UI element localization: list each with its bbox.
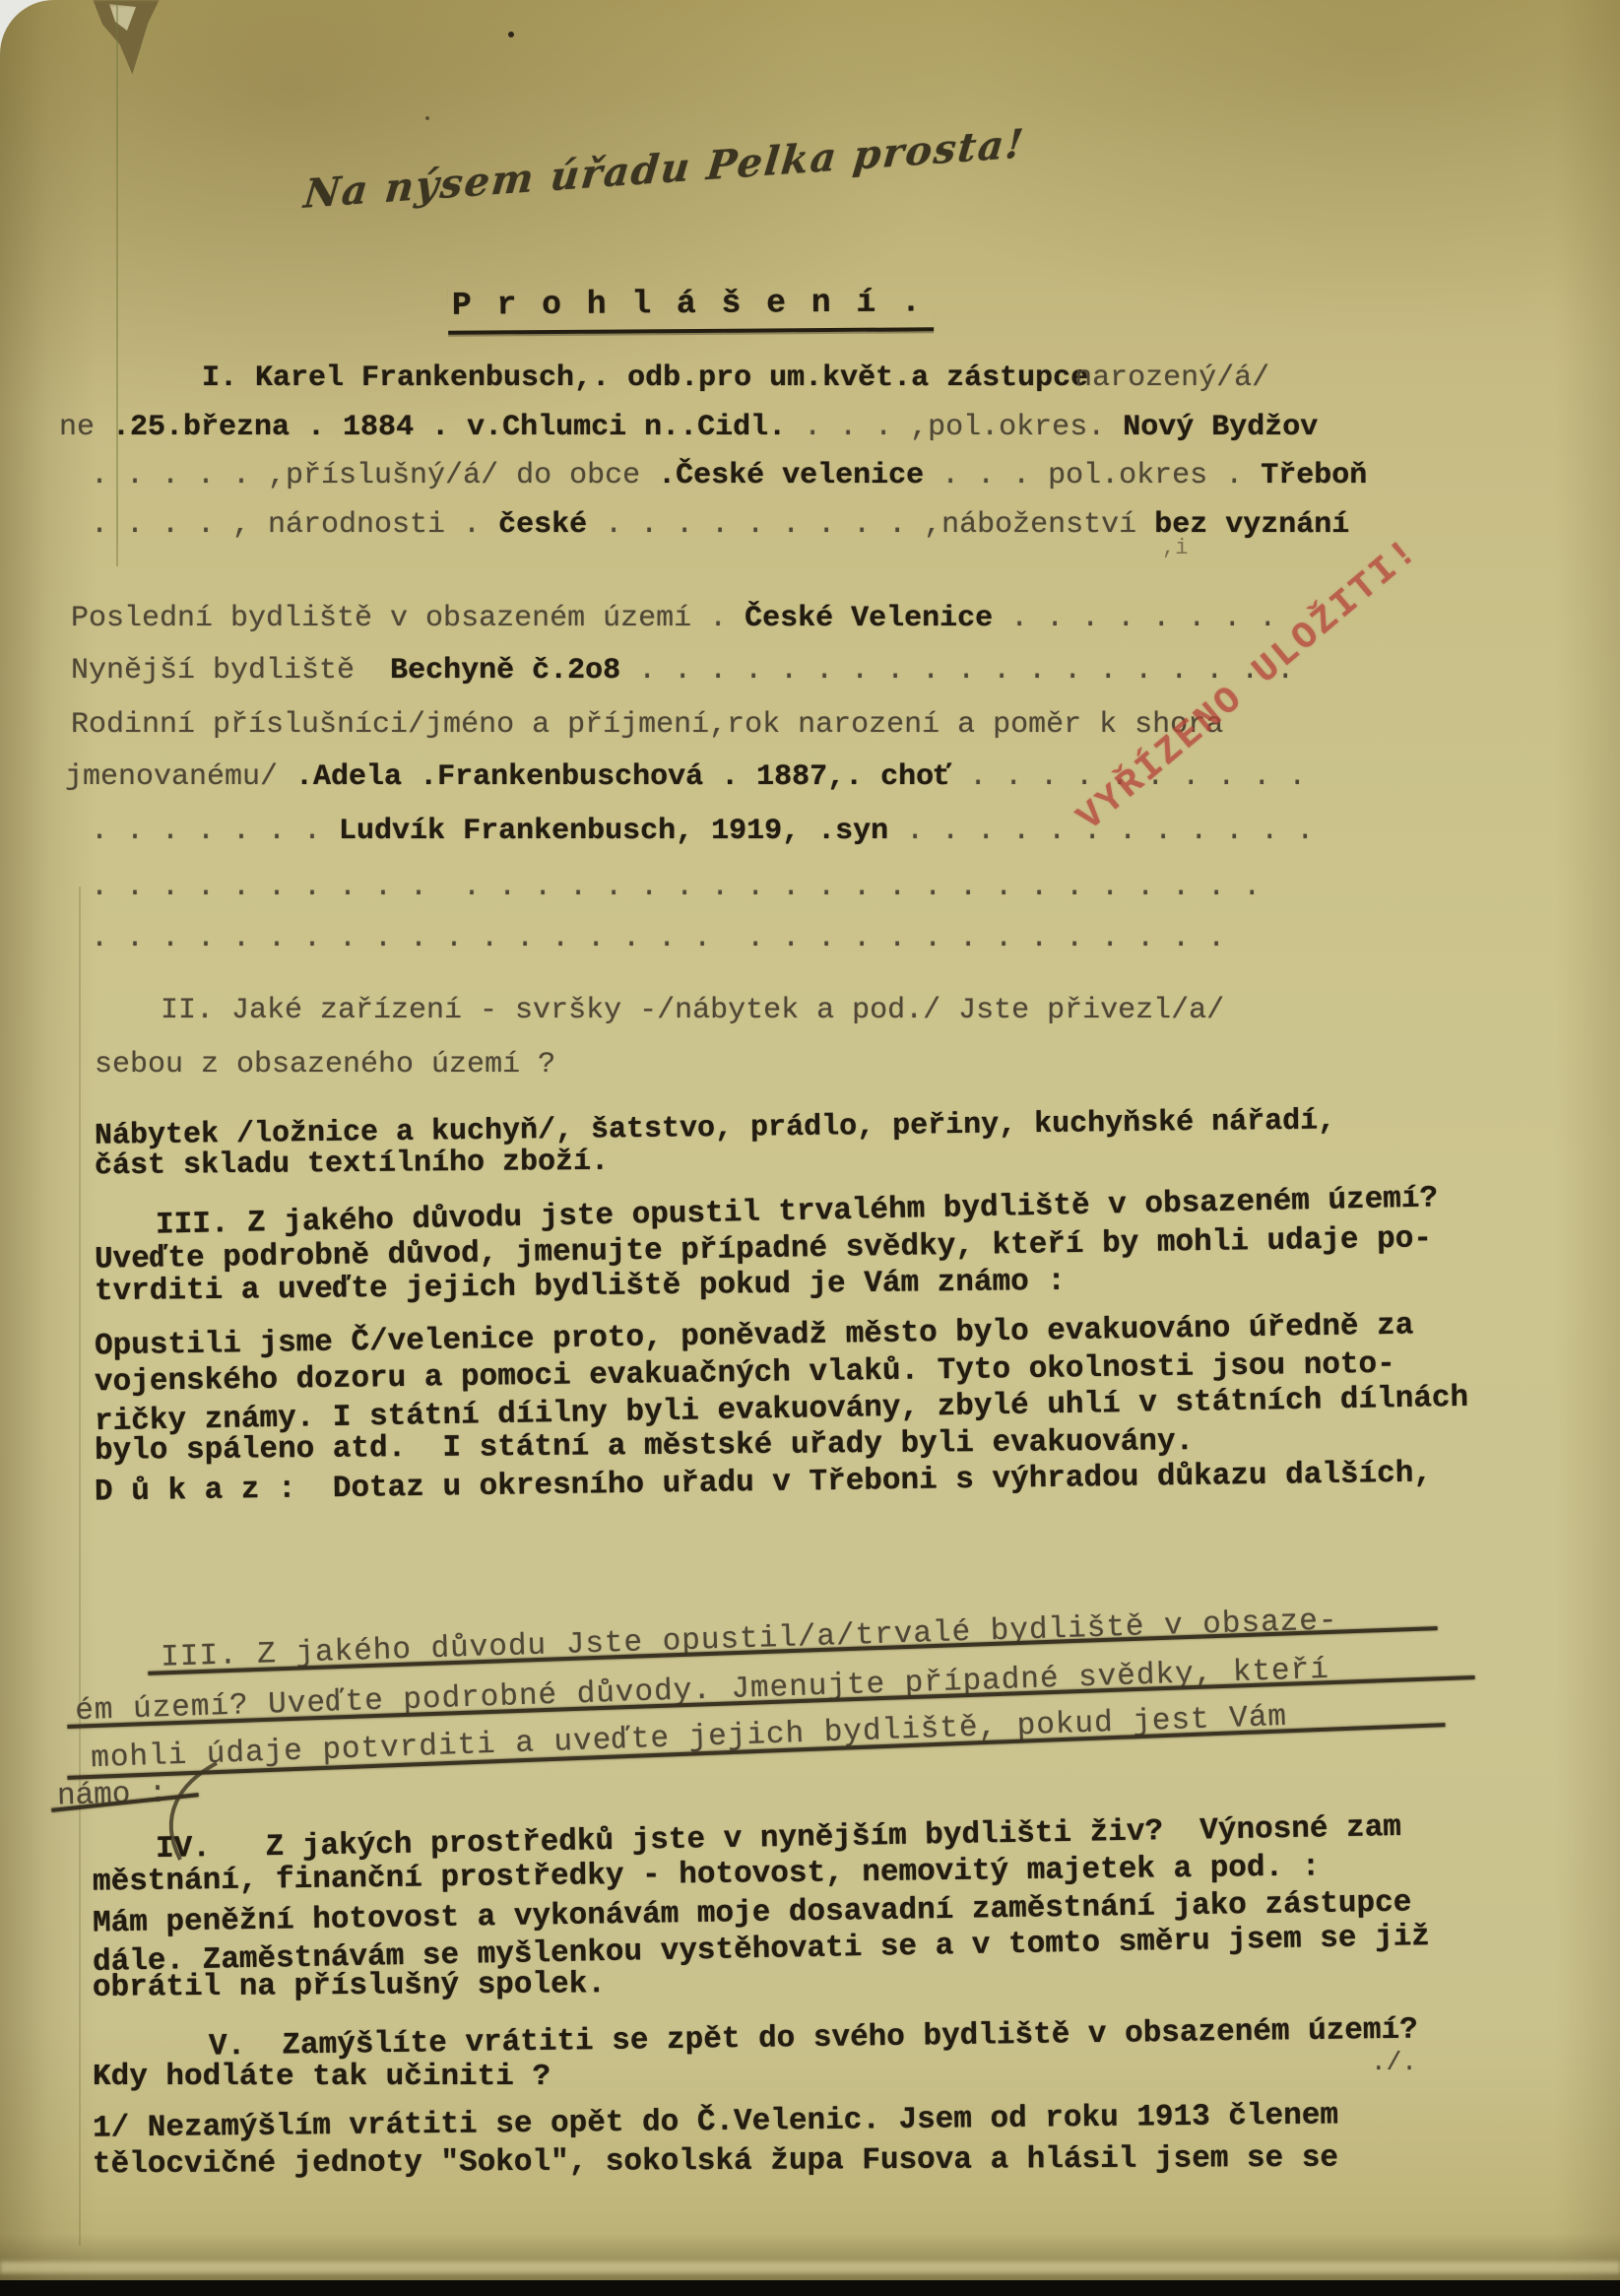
form-line-last-residence: Poslední bydliště v obsazeném území . Če… bbox=[71, 603, 1276, 635]
answer-ii-line2: část skladu textílního zboží. bbox=[95, 1147, 609, 1184]
title-text: P r o h l á š e n í . bbox=[452, 284, 924, 323]
scan-edge bbox=[0, 2280, 1620, 2296]
form-line-family-2: . . . . . . . Ludvík Frankenbusch, 1919,… bbox=[91, 816, 1314, 848]
answer-v-line2: tělocvičné jednoty "Sokol", sokolská žup… bbox=[93, 2142, 1338, 2183]
dotted-line: . . . . . . . . . . . . . . . . . . . . … bbox=[91, 923, 1225, 955]
form-line-birth: ne .25.března . 1884 . v.Chlumci n..Cidl… bbox=[59, 412, 1318, 444]
document-scan: Na nýsem úřadu Pelka prosta! P r o h l á… bbox=[0, 0, 1620, 2296]
question-v-line2: Kdy hodláte tak učiniti ? bbox=[93, 2061, 551, 2094]
corner-mark: ./. bbox=[1371, 2049, 1417, 2077]
form-line-family-label: Rodinní příslušníci/jméno a příjmení,rok… bbox=[71, 709, 1223, 742]
form-line-name: I. Karel Frankenbusch,. odb.pro um.květ.… bbox=[202, 362, 1269, 395]
dotted-line: . . . . . . . . . . . . . . . . . . . . … bbox=[91, 872, 1261, 904]
answer-iv-line3: obrátil na příslušný spolek. bbox=[93, 1968, 606, 2005]
question-ii-line2: sebou z obsazeného území ? bbox=[95, 1049, 555, 1082]
faint-mark: ,i bbox=[1162, 537, 1188, 560]
document-title: P r o h l á š e n í . bbox=[448, 284, 934, 334]
ink-speck bbox=[425, 116, 429, 120]
form-line-current-residence: Nynější bydliště Bechyně č.2o8 . . . . .… bbox=[71, 655, 1294, 688]
fold-line bbox=[79, 886, 81, 2246]
ink-speck bbox=[508, 32, 514, 37]
question-ii-line1: II. Jaké zařízení - svršky -/nábytek a p… bbox=[161, 995, 1224, 1027]
form-line-nationality: . . . . , národnosti . české . . . . . .… bbox=[91, 509, 1349, 542]
page-crease bbox=[0, 2262, 1620, 2273]
form-line-domicile: . . . . . ,příslušný/á/ do obce .České v… bbox=[91, 460, 1367, 492]
page-bottom-shadow bbox=[0, 2234, 1620, 2281]
